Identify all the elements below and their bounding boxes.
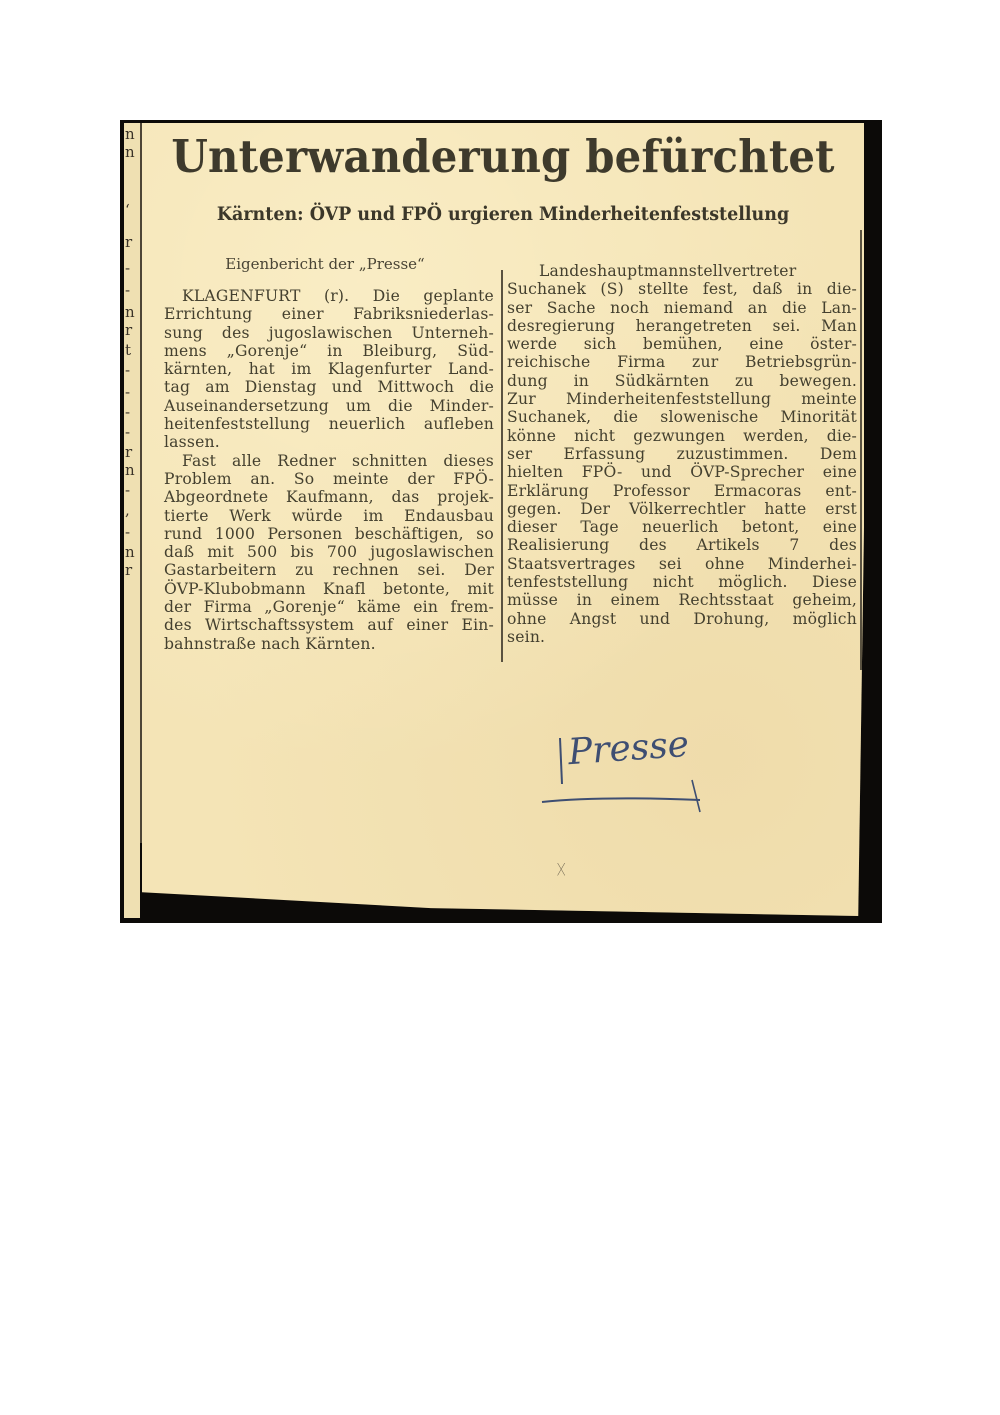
edge-text-fragment: n [125,145,135,160]
text-line: Problem an. So meinte der FPÖ- [164,470,494,488]
article-right-column: LandeshauptmannstellvertreterSuchanek (S… [507,262,857,646]
underline-stroke-icon [540,720,720,820]
edge-text-fragment: ‘ [125,203,130,218]
edge-text-fragment: n [125,127,135,142]
text-line: Gastarbeitern zu rechnen sei. Der [164,561,494,579]
byline: Eigenbericht der „Presse“ [160,255,490,273]
text-line: werde sich bemühen, eine öster- [507,335,857,353]
edge-text-fragment: , [125,503,130,518]
edge-text-fragment: - [125,405,130,420]
text-line: heitenfeststellung neuerlich aufleben [164,415,494,433]
edge-text-fragment: - [125,261,130,276]
text-line: Realisierung des Artikels 7 des [507,536,857,554]
text-line: bahnstraße nach Kärnten. [164,635,494,653]
edge-text-fragment: - [125,525,130,540]
left-column-rule [140,123,142,843]
text-line: Staatsvertrages sei ohne Minderhei- [507,555,857,573]
paragraph: LandeshauptmannstellvertreterSuchanek (S… [507,262,857,646]
text-line: Errichtung einer Fabriksniederlas- [164,305,494,323]
text-line: rund 1000 Personen beschäftigen, so [164,525,494,543]
edge-text-fragment: - [125,385,130,400]
text-line: mens „Gorenje“ in Bleiburg, Süd- [164,342,494,360]
text-line: sung des jugoslawischen Unterneh- [164,324,494,342]
text-line: Auseinandersetzung um die Minder- [164,397,494,415]
text-line: der Firma „Gorenje“ käme ein frem- [164,598,494,616]
text-line: Suchanek (S) stellte fest, daß in die- [507,280,857,298]
edge-text-fragment: - [125,283,130,298]
edge-text-fragment: r [125,323,132,338]
text-line: Suchanek, die slowenische Minorität [507,408,857,426]
edge-text-fragment: - [125,363,130,378]
text-line: könne nicht gezwungen werden, die- [507,427,857,445]
text-line: des Wirtschaftssystem auf einer Ein- [164,616,494,634]
edge-text-fragment: n [125,305,135,320]
text-line: lassen. [164,433,494,451]
text-line: ohne Angst und Drohung, möglich [507,610,857,628]
text-line: sein. [507,628,857,646]
text-line: gegen. Der Völkerrechtler hatte erst [507,500,857,518]
paragraph: KLAGENFURT (r). Die geplanteErrichtung e… [164,287,494,452]
edge-text-fragment: r [125,563,132,578]
text-line: desregierung herangetreten sei. Man [507,317,857,335]
text-line: tag am Dienstag und Mittwoch die [164,378,494,396]
column-divider-lower [501,440,503,662]
text-line: Landeshauptmannstellvertreter [507,262,857,280]
column-divider-upper [501,270,503,445]
edge-text-fragment: - [125,425,130,440]
edge-text-fragment: n [125,463,135,478]
text-line: ser Erfassung zuzustimmen. Dem [507,445,857,463]
text-line: müsse in einem Rechtsstaat geheim, [507,591,857,609]
headline: Unterwanderung befürchtet [167,130,838,183]
text-line: Fast alle Redner schnitten dieses [164,452,494,470]
text-line: kärnten, hat im Klagenfurter Land- [164,360,494,378]
edge-text-fragment: r [125,445,132,460]
text-line: reichische Firma zur Betriebsgrün- [507,353,857,371]
text-line: hielten FPÖ- und ÖVP-Sprecher eine [507,463,857,481]
text-line: ÖVP-Klubobmann Knafl betonte, mit [164,580,494,598]
text-line: Zur Minderheitenfeststellung meinte [507,390,857,408]
edge-text-fragment: t [125,343,131,358]
text-line: tenfeststellung nicht möglich. Diese [507,573,857,591]
handwritten-annotation: Presse [540,720,720,820]
text-line: tierte Werk würde im Endausbau [164,507,494,525]
edge-text-fragment: - [125,483,130,498]
adjacent-column-strip: nn‘r--nrt----rn-,-nr [124,123,140,918]
subheadline: Kärnten: ÖVP und FPÖ urgieren Minderheit… [171,203,835,225]
edge-text-fragment: n [125,545,135,560]
article-left-column: KLAGENFURT (r). Die geplanteErrichtung e… [164,287,494,653]
text-line: daß mit 500 bis 700 jugoslawischen [164,543,494,561]
stray-mark: ᚷ [557,862,565,878]
paragraph: Fast alle Redner schnitten diesesProblem… [164,452,494,653]
text-line: Abgeordnete Kaufmann, das projek- [164,488,494,506]
right-column-rule [860,230,862,670]
text-line: dung in Südkärnten zu bewegen. [507,372,857,390]
edge-text-fragment: r [125,235,132,250]
text-line: ser Sache noch niemand an die Lan- [507,299,857,317]
text-line: dieser Tage neuerlich betont, eine [507,518,857,536]
text-line: KLAGENFURT (r). Die geplante [164,287,494,305]
text-line: Erklärung Professor Ermacoras ent- [507,482,857,500]
